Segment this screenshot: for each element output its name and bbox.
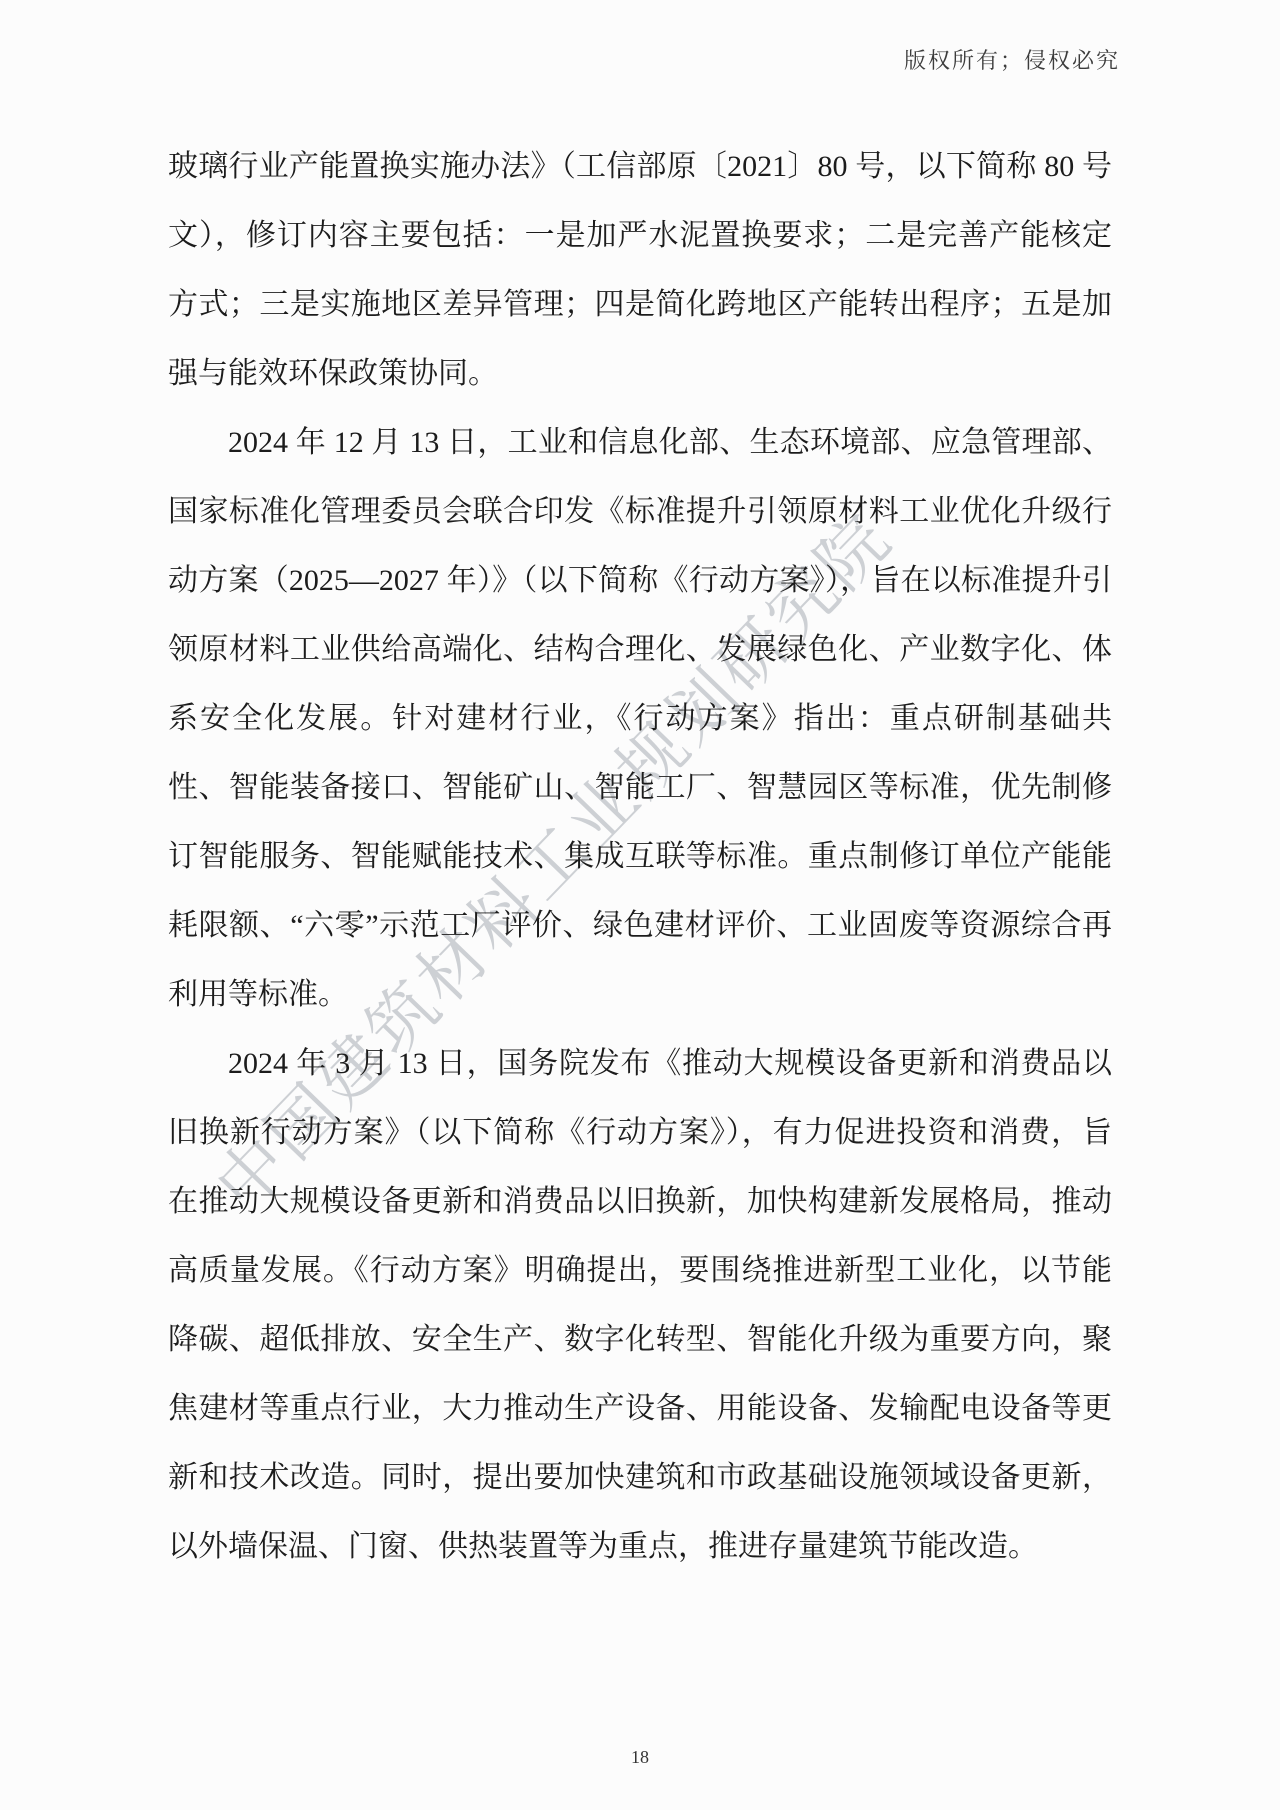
document-body: 玻璃行业产能置换实施办法》（工信部原〔2021〕80 号，以下简称 80 号文）… bbox=[168, 132, 1112, 1581]
paragraph: 玻璃行业产能置换实施办法》（工信部原〔2021〕80 号，以下简称 80 号文）… bbox=[168, 132, 1112, 408]
paragraph: 2024 年 3 月 13 日，国务院发布《推动大规模设备更新和消费品以旧换新行… bbox=[168, 1029, 1112, 1581]
document-page: 版权所有；侵权必究 中国建筑材料工业规划研究院 玻璃行业产能置换实施办法》（工信… bbox=[0, 0, 1280, 1810]
page-number: 18 bbox=[0, 1747, 1280, 1768]
paragraph: 2024 年 12 月 13 日，工业和信息化部、生态环境部、应急管理部、国家标… bbox=[168, 408, 1112, 1029]
copyright-notice: 版权所有；侵权必究 bbox=[904, 44, 1120, 75]
